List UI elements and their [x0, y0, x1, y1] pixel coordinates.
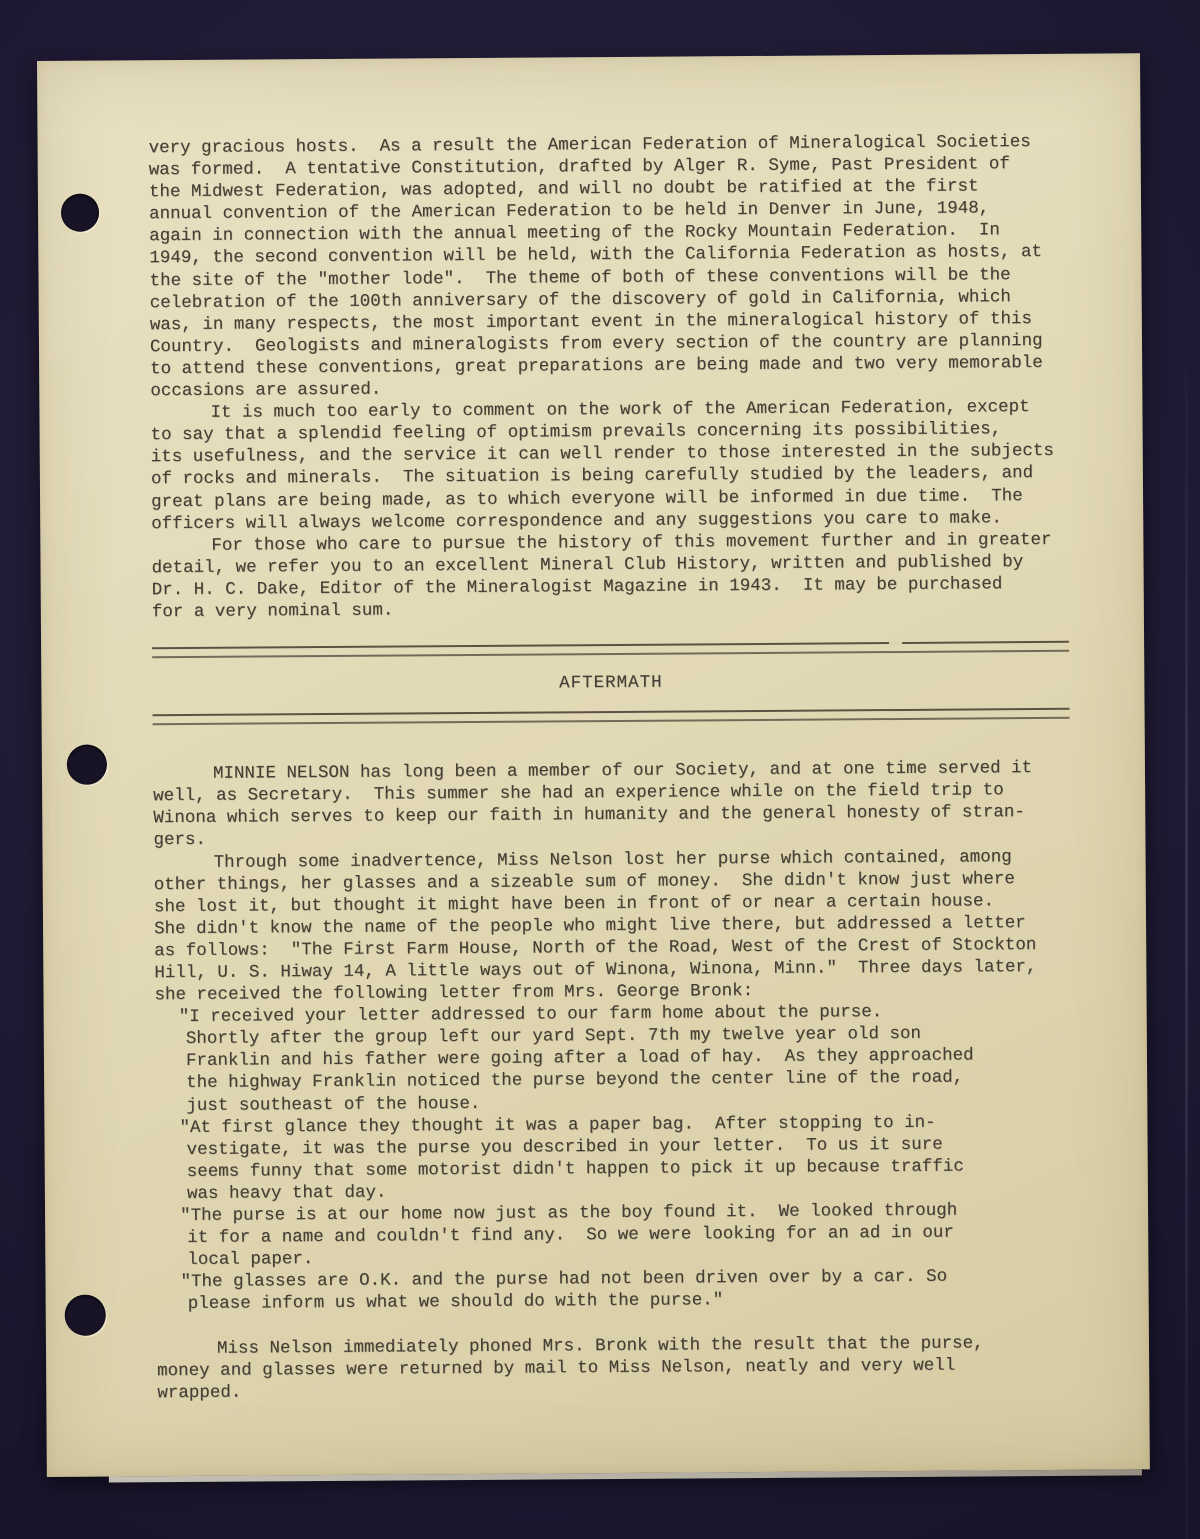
- punch-hole: [65, 1295, 106, 1336]
- letter-excerpt: "I received your letter addressed to our…: [186, 1000, 1092, 1316]
- section-divider-rule: [152, 641, 1069, 658]
- paragraph: For those who care to pursue the history…: [151, 528, 1087, 623]
- paragraph: Through some inadvertence, Miss Nelson l…: [154, 845, 1090, 1006]
- paragraph: MINNIE NELSON has long been a member of …: [153, 757, 1089, 852]
- punch-hole: [67, 745, 107, 785]
- punch-hole: [61, 194, 99, 232]
- section-heading: AFTERMATH: [152, 669, 1069, 697]
- document-page: very gracious hosts. As a result the Ame…: [37, 53, 1150, 1477]
- binder-spine-highlight: [1185, 320, 1188, 1539]
- section-divider-rule: [153, 708, 1070, 725]
- paragraph: Miss Nelson immediately phoned Mrs. Bron…: [157, 1331, 1092, 1404]
- photo-backdrop: very gracious hosts. As a result the Ame…: [0, 0, 1200, 1539]
- page-content: very gracious hosts. As a result the Ame…: [149, 131, 1093, 1404]
- paragraph: very gracious hosts. As a result the Ame…: [149, 131, 1086, 403]
- section-heading-text: AFTERMATH: [559, 673, 663, 694]
- paragraph: It is much too early to comment on the w…: [150, 396, 1086, 535]
